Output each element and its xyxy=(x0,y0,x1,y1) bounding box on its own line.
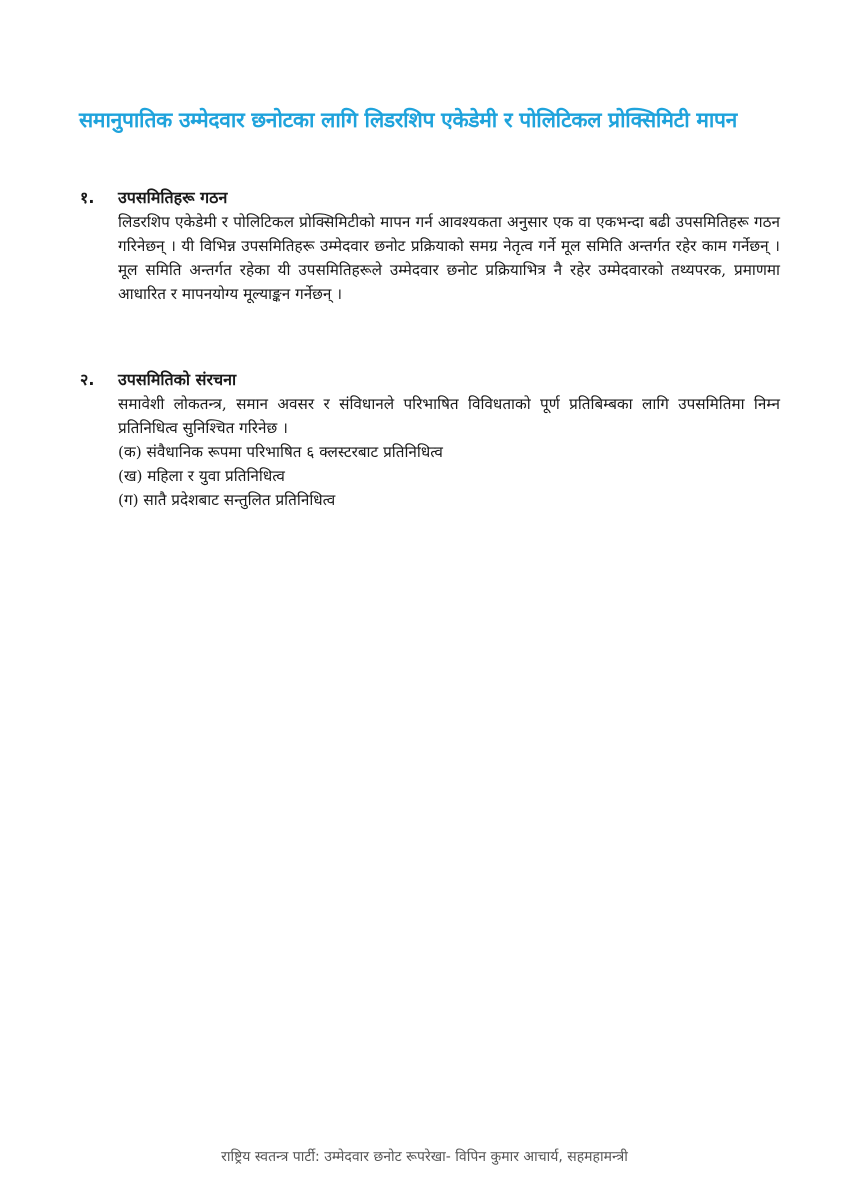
section-paragraph: लिडरशिप एकेडेमी र पोलिटिकल प्रोक्सिमिटीक… xyxy=(118,210,780,306)
section-number: २. xyxy=(80,368,118,390)
section-title: उपसमितिहरू गठन xyxy=(118,186,227,208)
section-paragraph: समावेशी लोकतन्त्र, समान अवसर र संविधानले… xyxy=(118,392,780,440)
page-footer: राष्ट्रिय स्वतन्त्र पार्टी: उम्मेदवार छन… xyxy=(0,1147,849,1166)
section-title: उपसमितिको संरचना xyxy=(118,368,236,390)
list-item: (ग) सातै प्रदेशबाट सन्तुलित प्रतिनिधित्व xyxy=(118,488,780,512)
document-title: समानुपातिक उम्मेदवार छनोटका लागि लिडरशिप… xyxy=(79,106,779,134)
section-subcommittee-formation: १. उपसमितिहरू गठन लिडरशिप एकेडेमी र पोलि… xyxy=(80,186,780,306)
section-heading: २. उपसमितिको संरचना xyxy=(80,368,780,392)
section-heading: १. उपसमितिहरू गठन xyxy=(80,186,780,210)
section-subcommittee-structure: २. उपसमितिको संरचना समावेशी लोकतन्त्र, स… xyxy=(80,368,780,512)
list-item: (क) संवैधानिक रूपमा परिभाषित ६ क्लस्टरबा… xyxy=(118,440,780,464)
representation-list: (क) संवैधानिक रूपमा परिभाषित ६ क्लस्टरबा… xyxy=(118,440,780,512)
section-number: १. xyxy=(80,186,118,208)
list-item: (ख) महिला र युवा प्रतिनिधित्व xyxy=(118,464,780,488)
